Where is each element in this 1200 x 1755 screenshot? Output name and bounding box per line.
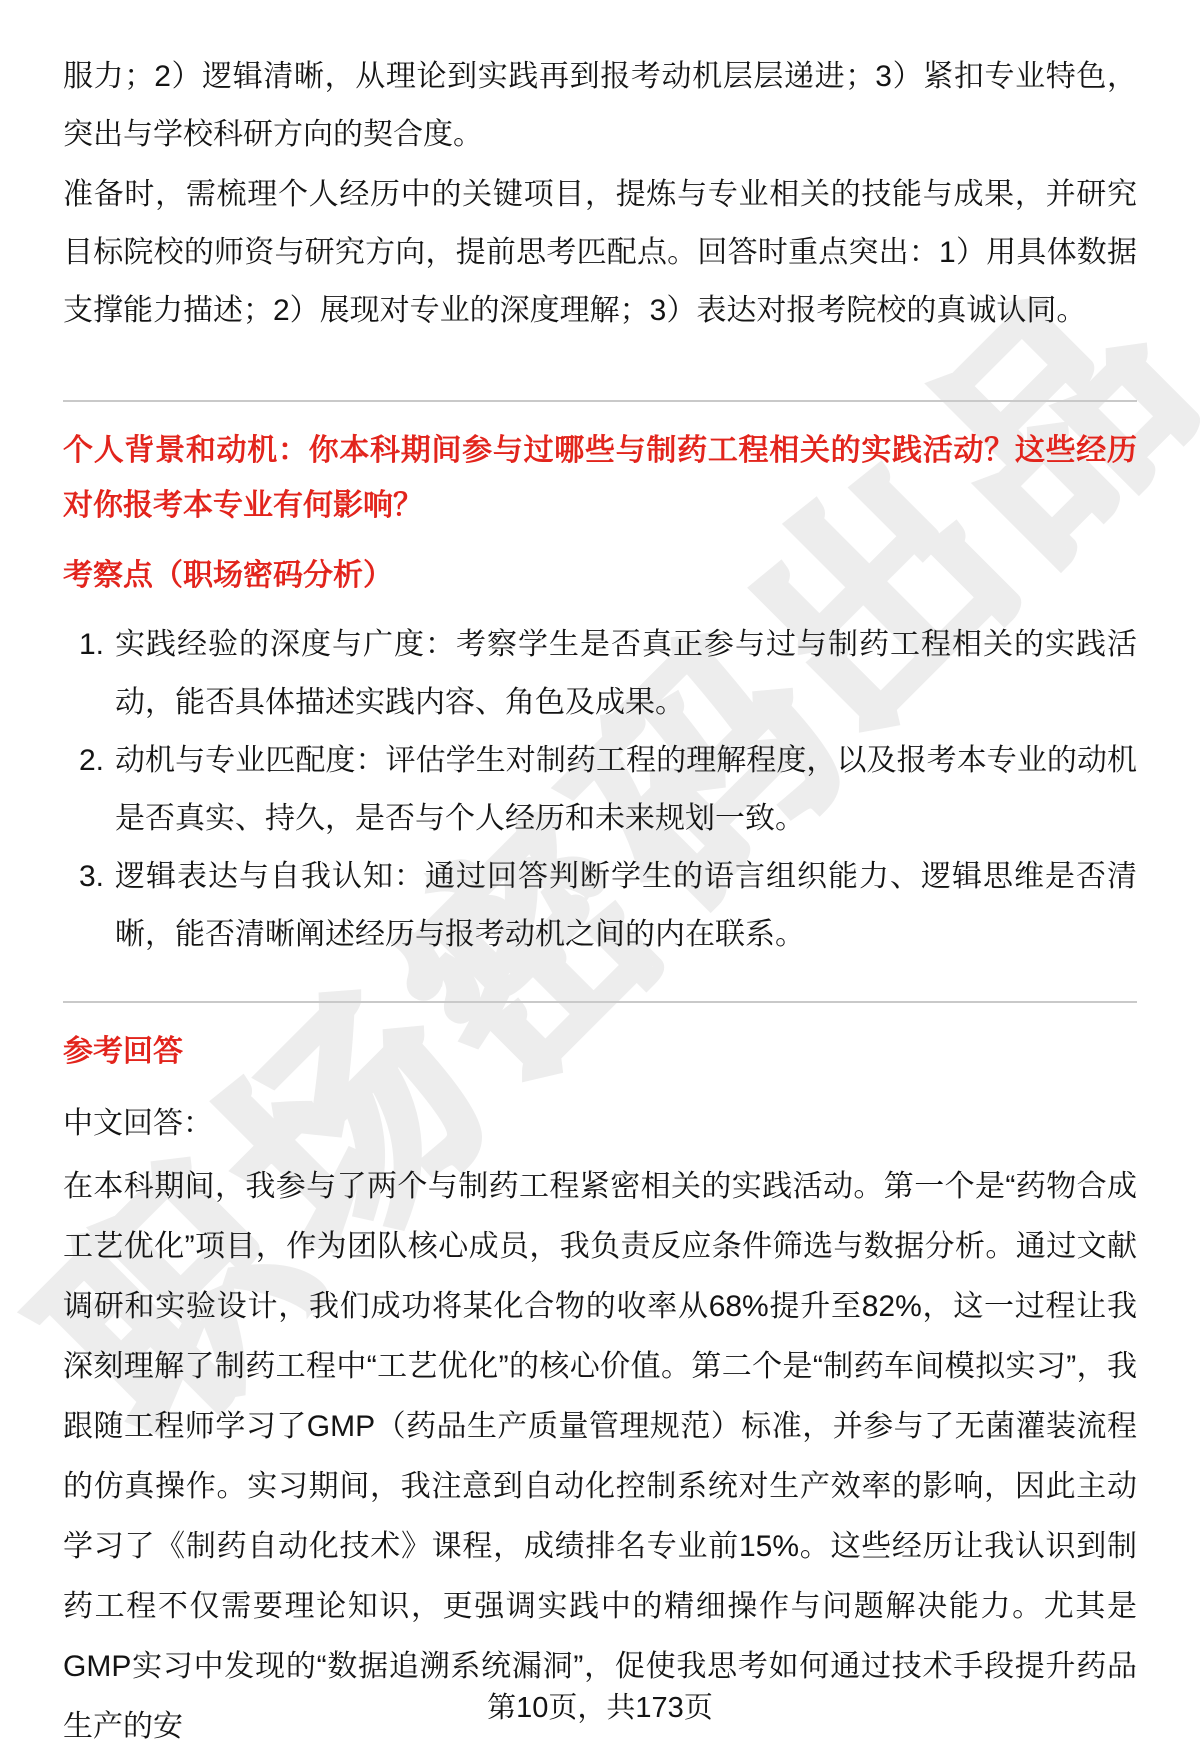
- assessment-item-1: 1. 实践经验的深度与广度：考察学生是否真正参与过与制药工程相关的实践活动，能否…: [63, 616, 1137, 732]
- page-content: 服力；2）逻辑清晰，从理论到实践再到报考动机层层递进；3）紧扣专业特色，突出与学…: [0, 0, 1200, 1755]
- assessment-points-heading: 考察点（职场密码分析）: [63, 548, 1137, 603]
- section-divider-bottom: [63, 1001, 1137, 1003]
- assessment-item-2-number: 2.: [63, 732, 115, 790]
- assessment-item-3-number: 3.: [63, 848, 115, 906]
- assessment-item-2-text: 动机与专业匹配度：评估学生对制药工程的理解程度，以及报考本专业的动机是否真实、持…: [115, 732, 1137, 848]
- intro-paragraph-1: 服力；2）逻辑清晰，从理论到实践再到报考动机层层递进；3）紧扣专业特色，突出与学…: [63, 48, 1137, 164]
- assessment-item-3-text: 逻辑表达与自我认知：通过回答判断学生的语言组织能力、逻辑思维是否清晰，能否清晰阐…: [115, 848, 1137, 964]
- document-page: 职场密码出品 服力；2）逻辑清晰，从理论到实践再到报考动机层层递进；3）紧扣专业…: [0, 0, 1200, 1755]
- answer-language-label: 中文回答：: [63, 1095, 1137, 1153]
- question-heading: 个人背景和动机：你本科期间参与过哪些与制药工程相关的实践活动？这些经历对你报考本…: [63, 423, 1137, 533]
- assessment-item-3: 3. 逻辑表达与自我认知：通过回答判断学生的语言组织能力、逻辑思维是否清晰，能否…: [63, 848, 1137, 964]
- reference-answer-heading: 参考回答: [63, 1024, 1137, 1079]
- intro-paragraph-2: 准备时，需梳理个人经历中的关键项目，提炼与专业相关的技能与成果，并研究目标院校的…: [63, 166, 1137, 340]
- assessment-item-1-number: 1.: [63, 616, 115, 674]
- assessment-item-1-text: 实践经验的深度与广度：考察学生是否真正参与过与制药工程相关的实践活动，能否具体描…: [115, 616, 1137, 732]
- page-footer: 第10页，共173页: [0, 1691, 1200, 1725]
- answer-paragraph: 在本科期间，我参与了两个与制药工程紧密相关的实践活动。第一个是“药物合成工艺优化…: [63, 1157, 1137, 1755]
- assessment-item-2: 2. 动机与专业匹配度：评估学生对制药工程的理解程度，以及报考本专业的动机是否真…: [63, 732, 1137, 848]
- assessment-list: 1. 实践经验的深度与广度：考察学生是否真正参与过与制药工程相关的实践活动，能否…: [63, 616, 1137, 964]
- section-divider-top: [63, 400, 1137, 402]
